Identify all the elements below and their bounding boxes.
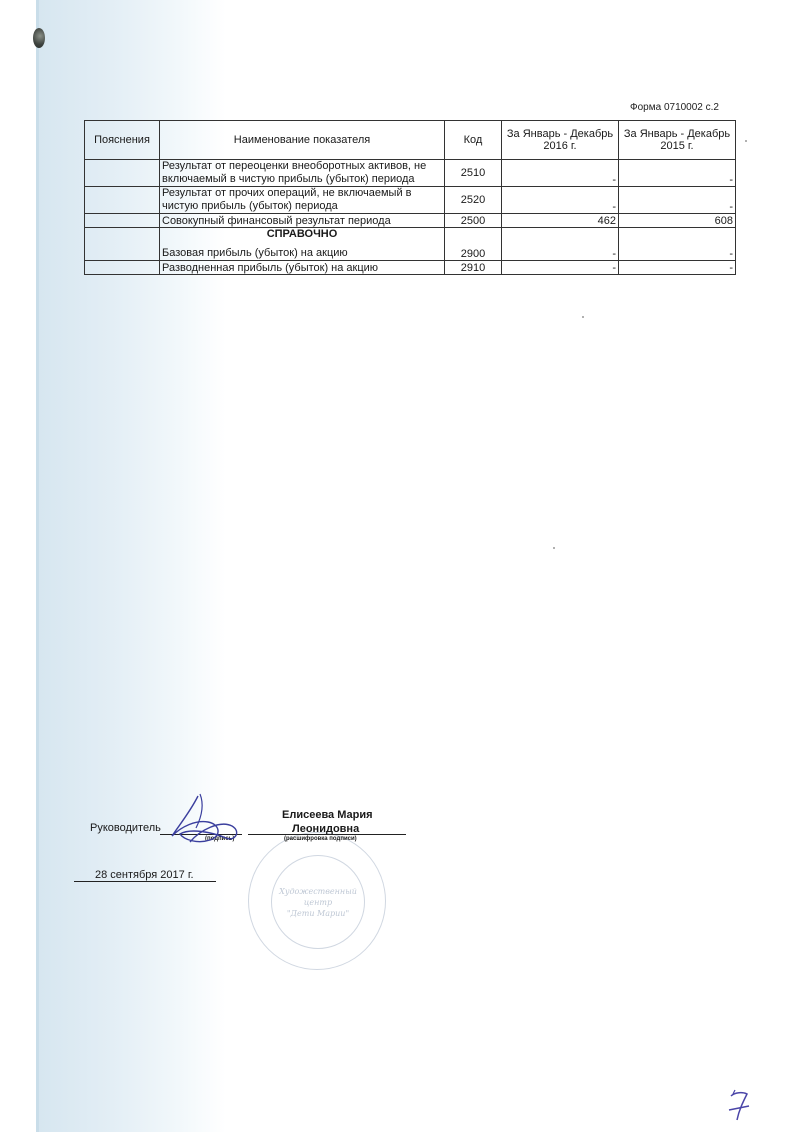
page-edge (36, 0, 39, 1132)
row-value-2015: - (619, 228, 736, 261)
row-note (85, 261, 160, 275)
handwritten-signature-icon (160, 792, 250, 852)
scan-speck (582, 316, 584, 318)
signature-date: 28 сентября 2017 г. (95, 869, 194, 881)
table-row: СПРАВОЧНО Базовая прибыль (убыток) на ак… (85, 228, 736, 261)
signer-role-label: Руководитель (90, 822, 161, 834)
row-value-2015: - (619, 160, 736, 187)
row-note (85, 187, 160, 214)
stamp-line-3: "Дети Марии" (272, 908, 364, 919)
row-value-2015: 608 (619, 214, 736, 228)
row-value-2016: - (502, 261, 619, 275)
punch-hole (33, 28, 45, 48)
row-code: 2520 (445, 187, 502, 214)
header-notes: Пояснения (85, 121, 160, 160)
row-value-2016: - (502, 187, 619, 214)
row-name: Базовая прибыль (убыток) на акцию (162, 247, 348, 259)
row-code: 2900 (445, 228, 502, 261)
header-code: Код (445, 121, 502, 160)
row-value-2016: - (502, 228, 619, 261)
form-code: Форма 0710002 с.2 (630, 102, 719, 113)
row-name: Разводненная прибыль (убыток) на акцию (160, 261, 445, 275)
stamp-line-1: Художественный (272, 886, 364, 897)
name-line (248, 834, 406, 835)
row-code: 2500 (445, 214, 502, 228)
row-value-2016: 462 (502, 214, 619, 228)
row-name-cell: СПРАВОЧНО Базовая прибыль (убыток) на ак… (160, 228, 445, 261)
table-row: Разводненная прибыль (убыток) на акцию 2… (85, 261, 736, 275)
row-note (85, 214, 160, 228)
row-value-2015: - (619, 187, 736, 214)
header-period-2015: За Январь - Декабрь 2015 г. (619, 121, 736, 160)
organization-stamp: Художественный центр "Дети Марии" (248, 832, 386, 970)
row-name: Результат от переоценки внеоборотных акт… (160, 160, 445, 187)
stamp-line-2: центр (272, 897, 364, 908)
row-code: 2910 (445, 261, 502, 275)
row-name: Совокупный финансовый результат периода (160, 214, 445, 228)
handwritten-page-number-icon (725, 1088, 755, 1124)
row-code: 2510 (445, 160, 502, 187)
section-title-reference: СПРАВОЧНО (162, 228, 442, 241)
stamp-inner-ring: Художественный центр "Дети Марии" (271, 855, 365, 949)
stamp-text: Художественный центр "Дети Марии" (272, 886, 364, 919)
table-row: Совокупный финансовый результат периода … (85, 214, 736, 228)
table-row: Результат от переоценки внеоборотных акт… (85, 160, 736, 187)
header-indicator-name: Наименование показателя (160, 121, 445, 160)
row-note (85, 228, 160, 261)
row-value-2016: - (502, 160, 619, 187)
scan-speck (553, 547, 555, 549)
row-note (85, 160, 160, 187)
row-name: Результат от прочих операций, не включае… (160, 187, 445, 214)
scan-speck (745, 140, 747, 142)
header-period-2016: За Январь - Декабрь 2016 г. (502, 121, 619, 160)
table-row: Результат от прочих операций, не включае… (85, 187, 736, 214)
table-header-row: Пояснения Наименование показателя Код За… (85, 121, 736, 160)
signer-name-line-1: Елисеева Мария (282, 809, 373, 821)
date-line (74, 881, 216, 882)
name-caption: (расшифровка подписи) (284, 836, 357, 842)
row-value-2015: - (619, 261, 736, 275)
financial-results-table: Пояснения Наименование показателя Код За… (84, 120, 736, 275)
